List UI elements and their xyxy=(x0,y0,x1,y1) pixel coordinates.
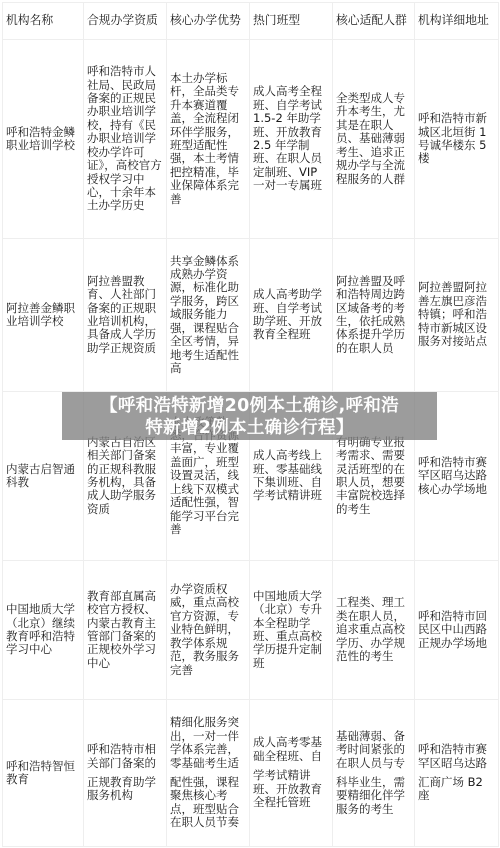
cell-text-part: 呼和浩特市赛罕区昭乌达路 xyxy=(418,743,496,770)
cell-text-part: 学考试精讲班、开放教育全程托管班 xyxy=(253,769,330,809)
cell-qualification: 呼和浩特市人社局、民政局备案的正规民办职业培训学校，持有《民办职业培训学校办学许… xyxy=(84,40,167,239)
cell-popular-classes: 成人高考助学班、自学考试助学班、开放教育全程班 xyxy=(250,239,333,392)
cell-text-part: 精细化服务突出，一对一伴学体系完善，零基础考生适 xyxy=(170,716,247,770)
cell-text-part: 配性强，课程聚焦核心考点，班型贴合在职人员节奏 xyxy=(170,776,247,830)
cell-qualification: 呼和浩特市相关部门备案的 正规教育助学服务机构 xyxy=(84,700,167,847)
header-target-audience: 核心适配人群 xyxy=(333,3,415,40)
cell-advantage: 本土办学标杆，全品类专升本赛道覆盖，全流程闭环伴学服务，班型适配性强，本土考情把… xyxy=(167,40,250,239)
cell-address: 呼和浩特市回民区中山西路正规办学场地 xyxy=(415,561,499,700)
cell-institution-name: 呼和浩特智恒教育 xyxy=(3,700,84,847)
overlay-line-1: 【呼和浩特新增20例本土确诊,呼和浩 xyxy=(62,395,437,417)
header-popular-classes: 热门班型 xyxy=(250,3,333,40)
cell-institution-name: 阿拉善金鳞职业培训学校 xyxy=(3,239,84,392)
cell-qualification: 教育部直属高校官方授权、内蒙古教育主管部门备案的正规校外学习中心 xyxy=(84,561,167,700)
table-row: 呼和浩特金鳞职业培训学校 呼和浩特市人社局、民政局备案的正规民办职业培训学校，持… xyxy=(3,40,499,239)
cell-target-audience: 工程类、理工类在职人员，追求重点高校学历、办学规范性的考生 xyxy=(333,561,415,700)
headline-overlay-banner: 【呼和浩特新增20例本土确诊,呼和浩 特新增2例本土确诊行程】 xyxy=(62,392,437,440)
table-row: 中国地质大学（北京）继续教育呼和浩特学习中心 教育部直属高校官方授权、内蒙古教育… xyxy=(3,561,499,700)
cell-popular-classes: 中国地质大学（北京）专升本全程助学班、重点高校学历提升定制班 xyxy=(250,561,333,700)
cell-address: 阿拉善盟阿拉善左旗巴彦浩特镇；呼和浩特市新城区设服务对接站点 xyxy=(415,239,499,392)
cell-target-audience: 全类型成人专升本考生，尤其是在职人员、基础薄弱考生、追求正规办学与全流程服务的人… xyxy=(333,40,415,239)
header-address: 机构详细地址 xyxy=(415,3,499,40)
cell-text-part: 科毕业生，需要精细化伴学服务的考生 xyxy=(336,776,412,816)
cell-text-part: 呼和浩特市相关部门备案的 xyxy=(87,743,164,770)
header-advantage: 核心办学优势 xyxy=(167,3,250,40)
header-institution-name: 机构名称 xyxy=(3,3,84,40)
cell-text-part: 汇商广场 B2 座 xyxy=(418,776,496,803)
cell-institution-name: 中国地质大学（北京）继续教育呼和浩特学习中心 xyxy=(3,561,84,700)
cell-target-audience: 阿拉善盟及呼和浩特周边跨区域备考的考生，依托成熟体系提升学历的在职人员 xyxy=(333,239,415,392)
cell-address: 呼和浩特市新城区北垣街 1 号诚华楼东 5 楼 xyxy=(415,40,499,239)
cell-popular-classes: 成人高考零基础全程班、自 学考试精讲班、开放教育全程托管班 xyxy=(250,700,333,847)
table-header-row: 机构名称 合规办学资质 核心办学优势 热门班型 核心适配人群 机构详细地址 xyxy=(3,3,499,40)
cell-advantage: 共享金鳞体系成熟办学资源，标准化助学服务，跨区域服务能力强，课程贴合全区考情，异… xyxy=(167,239,250,392)
cell-qualification: 阿拉善盟教育、人社部门备案的正规职业培训机构，具备成人学历助学正规资质 xyxy=(84,239,167,392)
cell-advantage: 精细化服务突出，一对一伴学体系完善，零基础考生适 配性强，课程聚焦核心考点，班型… xyxy=(167,700,250,847)
header-qualification: 合规办学资质 xyxy=(84,3,167,40)
table-row: 呼和浩特智恒教育 呼和浩特市相关部门备案的 正规教育助学服务机构 精细化服务突出… xyxy=(3,700,499,847)
cell-address: 呼和浩特市赛罕区昭乌达路 汇商广场 B2 座 xyxy=(415,700,499,847)
cell-target-audience: 基础薄弱、备考时间紧张的在职人员与专 科毕业生，需要精细化伴学服务的考生 xyxy=(333,700,415,847)
cell-advantage: 办学资质权威，重点高校官方资源，专业特色鲜明，教学体系规范，教务服务完善 xyxy=(167,561,250,700)
cell-text-part: 成人高考零基础全程班、自 xyxy=(253,736,330,763)
cell-popular-classes: 成人高考全程班、自学考试 1.5-2 年助学班、开放教育 2.5 年学制班、在职… xyxy=(250,40,333,239)
cell-institution-name: 呼和浩特金鳞职业培训学校 xyxy=(3,40,84,239)
table-row: 阿拉善金鳞职业培训学校 阿拉善盟教育、人社部门备案的正规职业培训机构，具备成人学… xyxy=(3,239,499,392)
overlay-line-2: 特新增2例本土确诊行程】 xyxy=(62,417,437,439)
cell-text-part: 基础薄弱、备考时间紧张的在职人员与专 xyxy=(336,730,412,770)
cell-text-part: 正规教育助学服务机构 xyxy=(87,776,164,803)
